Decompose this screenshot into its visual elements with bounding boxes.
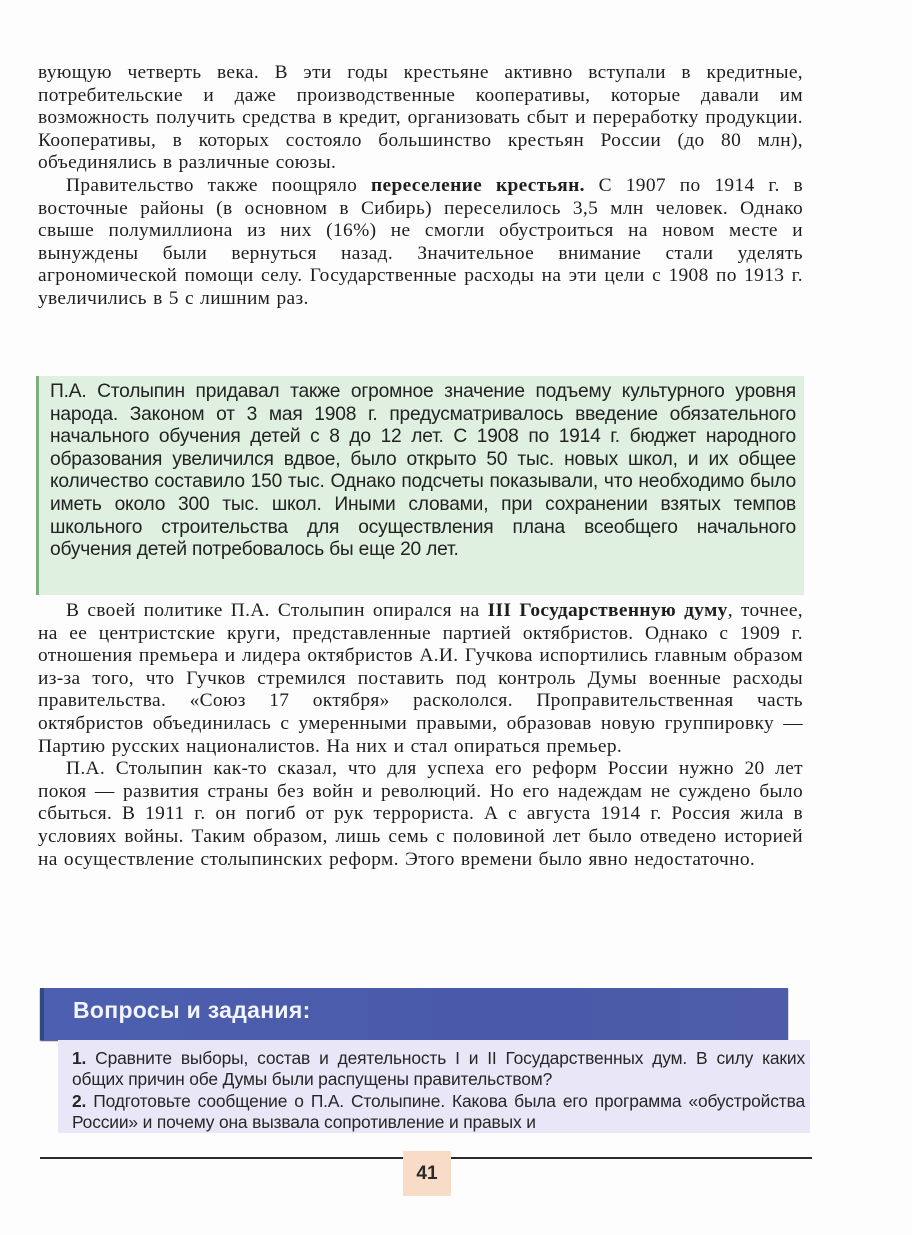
top-text-block: вующую четверть века. В эти годы крестья… [38,62,803,311]
question-text: Сравните выборы, состав и деятельность I… [72,1048,805,1089]
question-text: Подготовьте сообщение о П.А. Столыпине. … [72,1091,805,1132]
bold-term: III Государственную думу [488,600,728,621]
text-span: Правительство также поощряло [66,175,371,196]
questions-title: Вопросы и задания: [73,997,311,1024]
paragraph-cooperatives: вующую четверть века. В эти годы крестья… [38,62,803,175]
text-span: В своей политике П.А. Столыпин опирался … [66,600,488,621]
text-span: , точнее, на ее центристские круги, пред… [38,600,803,757]
bottom-text-block: В своей политике П.А. Столыпин опирался … [38,600,803,871]
textbook-page: вующую четверть века. В эти годы крестья… [0,0,912,1235]
paragraph-resettlement: Правительство также поощряло переселение… [38,175,803,311]
highlight-paragraph: П.А. Столыпин придавал также огромное зн… [50,381,796,562]
question-number: 2. [72,1091,86,1111]
paragraph-duma: В своей политике П.А. Столыпин опирался … [38,600,803,758]
question-number: 1. [72,1048,86,1068]
question-item: 2. Подготовьте сообщение о П.А. Столыпин… [72,1091,805,1134]
highlight-box-text: П.А. Столыпин придавал также огромное зн… [50,381,796,562]
question-item: 1. Сравните выборы, состав и деятельност… [72,1048,805,1091]
bold-term: переселение крестьян. [371,175,585,196]
questions-list: 1. Сравните выборы, состав и деятельност… [72,1048,805,1133]
page-number: 41 [403,1163,451,1185]
paragraph-twenty-years: П.А. Столыпин как-то сказал, что для усп… [38,758,803,871]
